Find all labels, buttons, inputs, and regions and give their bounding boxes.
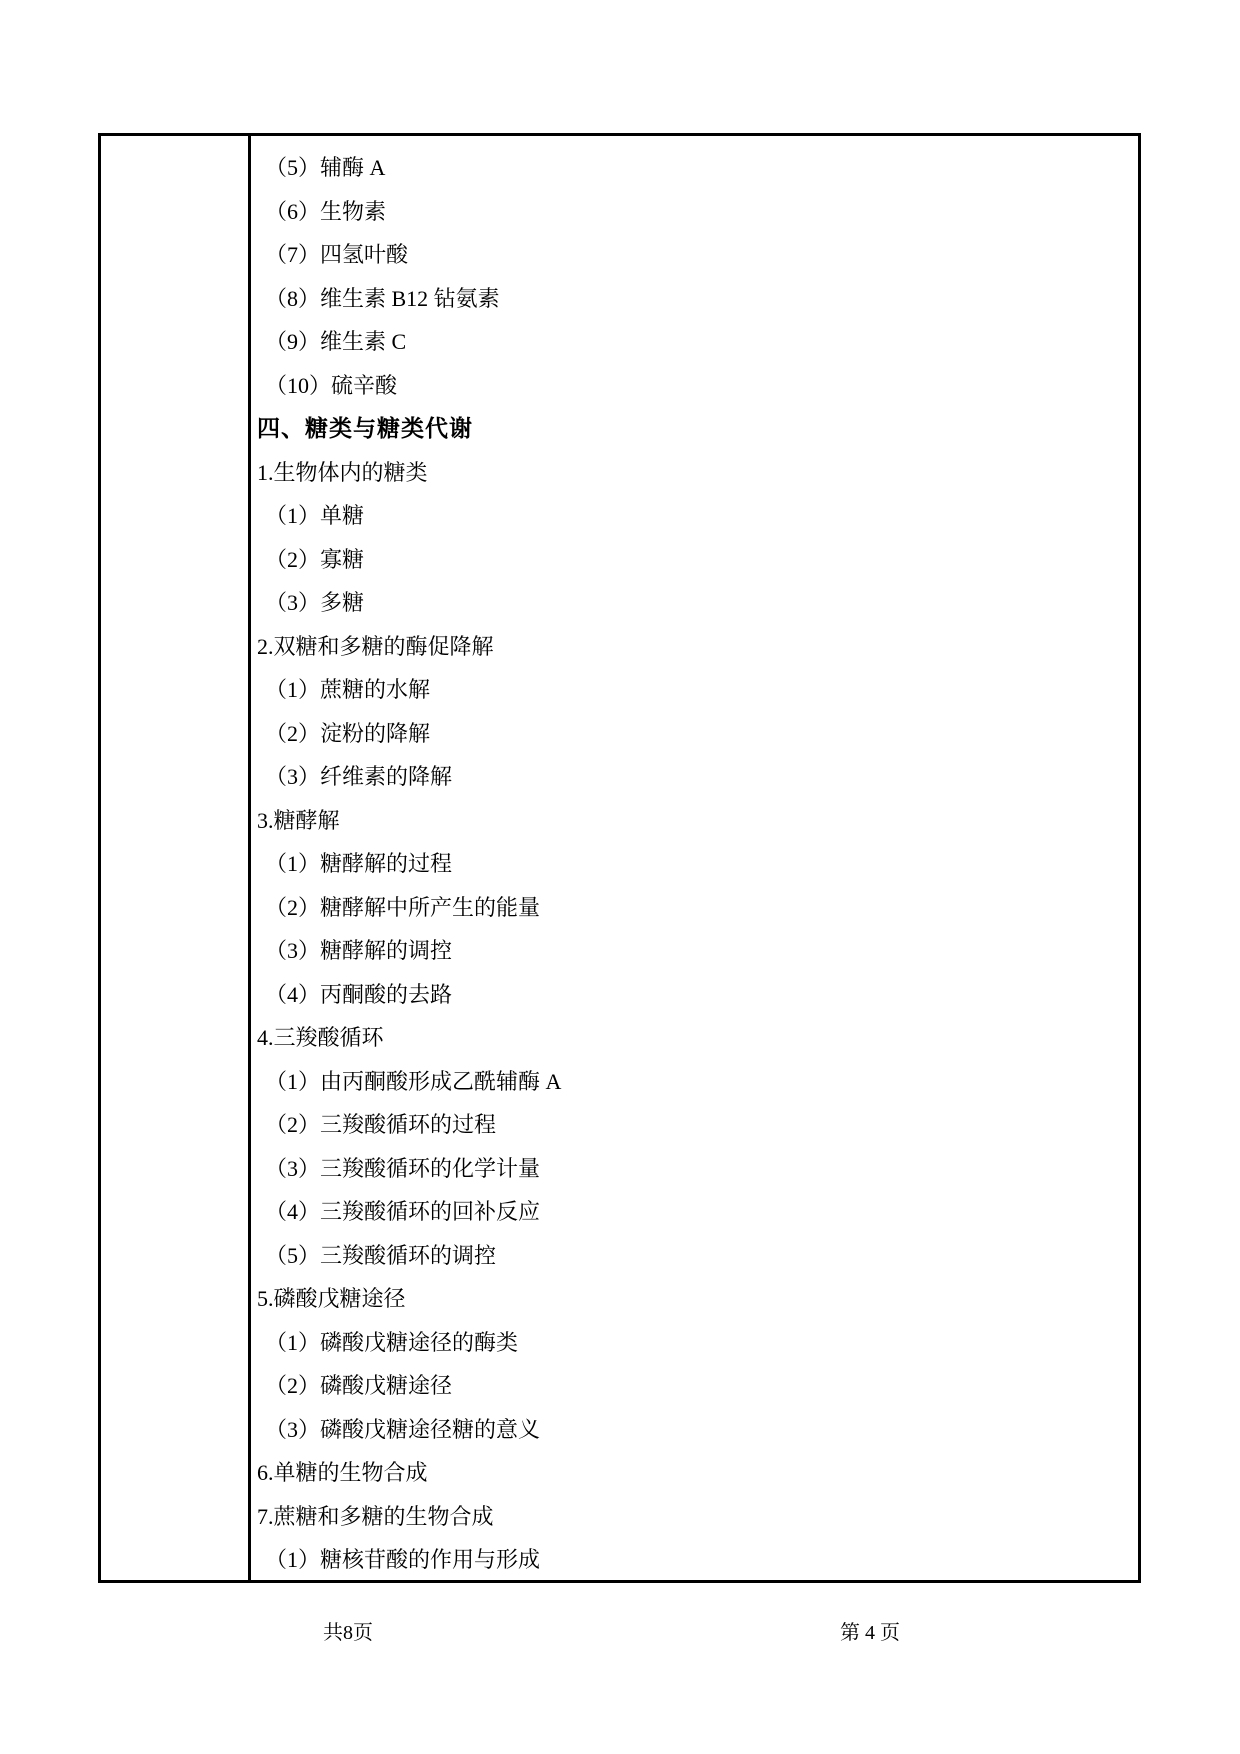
content-line: 7.蔗糖和多糖的生物合成 bbox=[257, 1495, 1132, 1539]
footer-total-pages: 共8页 bbox=[323, 1621, 373, 1645]
content-line: （7）四氢叶酸 bbox=[257, 233, 1132, 277]
content-line: （1）单糖 bbox=[257, 494, 1132, 538]
content-line: （1）蔗糖的水解 bbox=[257, 668, 1132, 712]
content-line: （3）三羧酸循环的化学计量 bbox=[257, 1147, 1132, 1191]
content-line: （9）维生素 C bbox=[257, 320, 1132, 364]
content-line: （1）糖酵解的过程 bbox=[257, 842, 1132, 886]
content-line: （2）淀粉的降解 bbox=[257, 712, 1132, 756]
content-line: （3）多糖 bbox=[257, 581, 1132, 625]
content-line: （1）磷酸戊糖途径的酶类 bbox=[257, 1321, 1132, 1365]
table-left-column bbox=[101, 136, 251, 1580]
content-line: （4）三羧酸循环的回补反应 bbox=[257, 1190, 1132, 1234]
content-line: （2）磷酸戊糖途径 bbox=[257, 1364, 1132, 1408]
content-line: 1.生物体内的糖类 bbox=[257, 451, 1132, 495]
content-line: （5）三羧酸循环的调控 bbox=[257, 1234, 1132, 1278]
content-line: （1）由丙酮酸形成乙酰辅酶 A bbox=[257, 1060, 1132, 1104]
content-line: （4）丙酮酸的去路 bbox=[257, 973, 1132, 1017]
content-line: （8）维生素 B12 钻氨素 bbox=[257, 277, 1132, 321]
content-line: 2.双糖和多糖的酶促降解 bbox=[257, 625, 1132, 669]
content-line: （2）三羧酸循环的过程 bbox=[257, 1103, 1132, 1147]
content-line: （3）糖酵解的调控 bbox=[257, 929, 1132, 973]
content-line: 5.磷酸戊糖途径 bbox=[257, 1277, 1132, 1321]
content-line: （6）生物素 bbox=[257, 190, 1132, 234]
content-line: （2）寡糖 bbox=[257, 538, 1132, 582]
content-line: （3）纤维素的降解 bbox=[257, 755, 1132, 799]
content-line: 四、糖类与糖类代谢 bbox=[257, 407, 1132, 451]
content-line: 3.糖酵解 bbox=[257, 799, 1132, 843]
content-line: （3）磷酸戊糖途径糖的意义 bbox=[257, 1408, 1132, 1452]
syllabus-table: （5）辅酶 A（6）生物素（7）四氢叶酸（8）维生素 B12 钻氨素（9）维生素… bbox=[98, 133, 1141, 1583]
table-content-column: （5）辅酶 A（6）生物素（7）四氢叶酸（8）维生素 B12 钻氨素（9）维生素… bbox=[251, 136, 1138, 1580]
content-line: （2）糖酵解中所产生的能量 bbox=[257, 886, 1132, 930]
footer-page-number: 第 4 页 bbox=[840, 1621, 900, 1645]
content-line: 4.三羧酸循环 bbox=[257, 1016, 1132, 1060]
content-line: 6.单糖的生物合成 bbox=[257, 1451, 1132, 1495]
content-line: （1）糖核苷酸的作用与形成 bbox=[257, 1538, 1132, 1580]
content-line: （10）硫辛酸 bbox=[257, 364, 1132, 408]
content-line: （5）辅酶 A bbox=[257, 146, 1132, 190]
